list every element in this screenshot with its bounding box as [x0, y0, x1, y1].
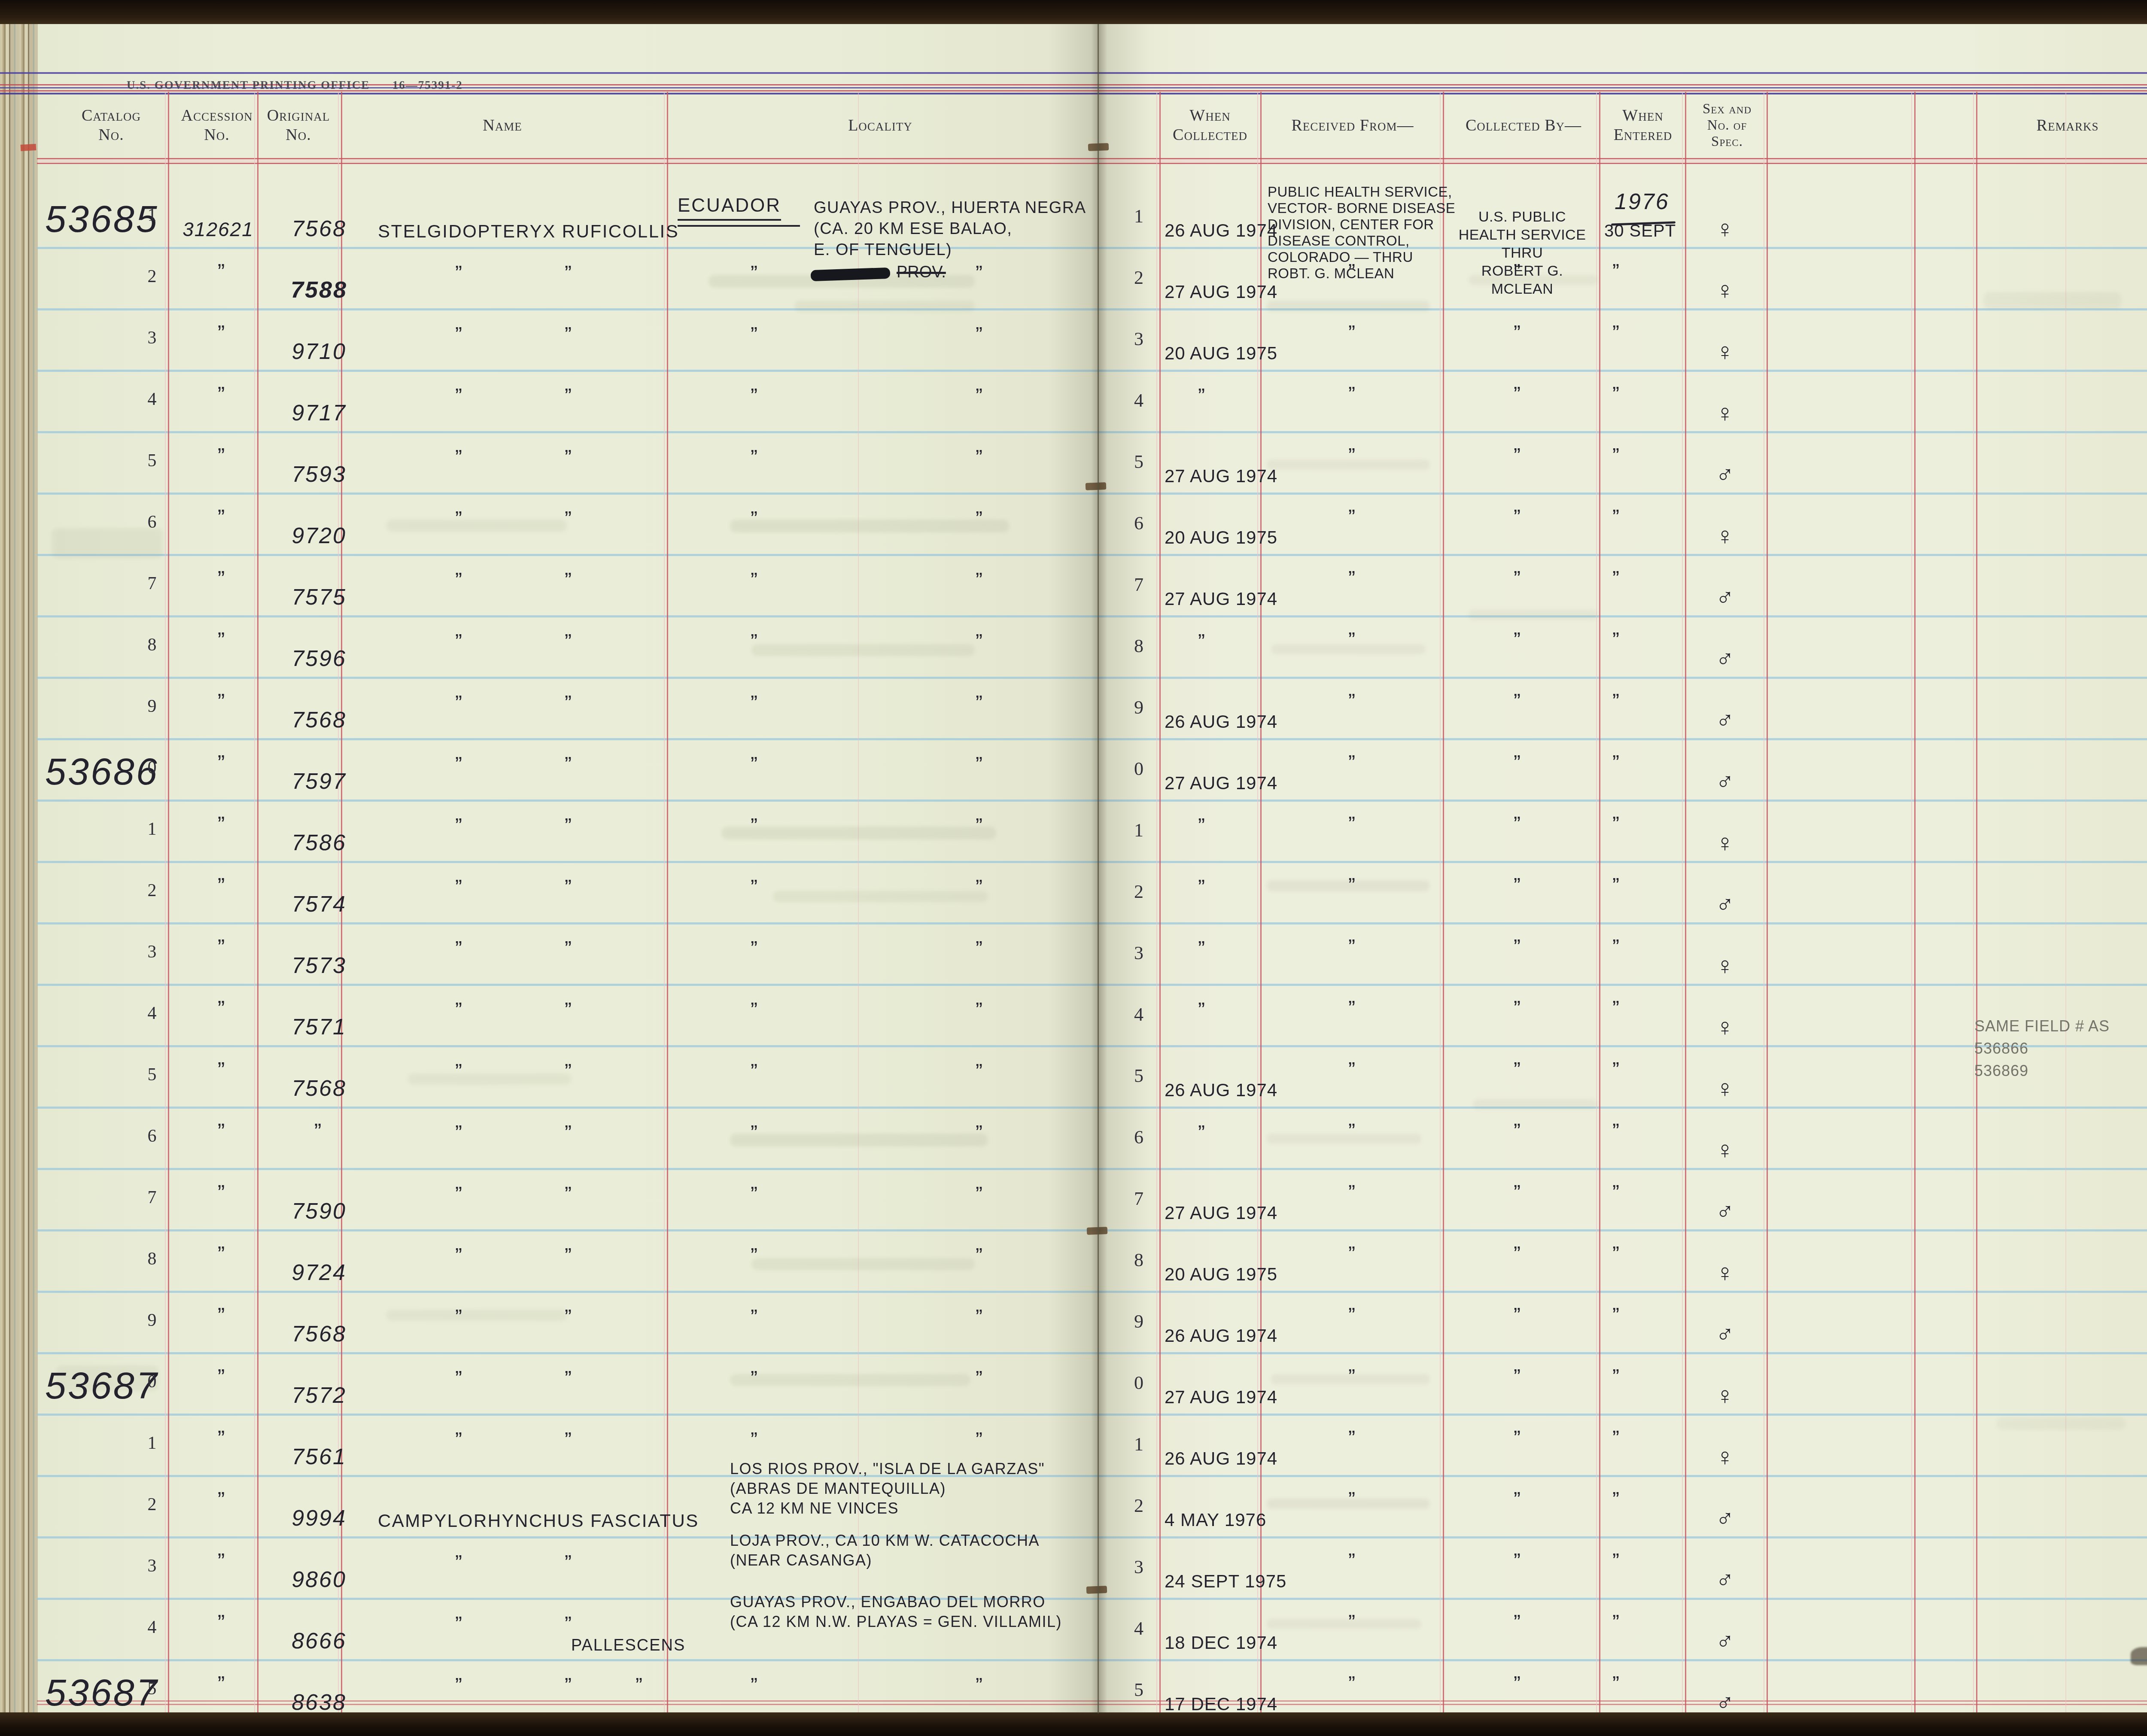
- name-ditto: ”: [565, 1244, 572, 1268]
- locality-ditto: ”: [976, 937, 982, 961]
- name-ditto: ”: [455, 937, 462, 961]
- name-ditto: ”: [455, 691, 462, 715]
- locality-ditto: ”: [976, 814, 982, 838]
- name-ditto: ”: [565, 1183, 572, 1206]
- original-number: 7568: [278, 1321, 360, 1347]
- catalog-row-digit: 5: [143, 1678, 161, 1699]
- entered-ditto: ”: [1612, 812, 1619, 836]
- sex-symbol: ♂: [1697, 1504, 1753, 1533]
- entered-ditto: ”: [1612, 690, 1619, 713]
- name-ditto: ”: [565, 998, 572, 1022]
- date-collected: 27 AUG 1974: [1165, 466, 1277, 486]
- received-ditto: ”: [1348, 321, 1355, 345]
- locality-ditto: ”: [751, 446, 757, 469]
- original-number: 7593: [278, 462, 360, 487]
- locality-country: ECUADOR: [678, 195, 781, 221]
- original-number: 7561: [278, 1444, 360, 1470]
- locality-ditto: ”: [976, 1244, 982, 1268]
- date-collected: 27 AUG 1974: [1165, 773, 1277, 794]
- name-ditto: ”: [565, 1060, 572, 1083]
- locality-line: CA 12 KM NE VINCES: [730, 1499, 1045, 1518]
- catalog-row-digit: 6: [143, 1126, 161, 1146]
- name-ditto: ”: [455, 1183, 462, 1206]
- name-ditto: ”: [565, 1551, 572, 1575]
- accession-ditto: ”: [206, 1487, 236, 1512]
- locality-country-underline2: [678, 225, 800, 227]
- name-ditto: ”: [565, 1674, 572, 1697]
- locality-ditto: ”: [751, 1428, 757, 1452]
- entered-year: 1976: [1615, 189, 1670, 219]
- name-ditto: ”: [455, 630, 462, 654]
- collected-ditto: ”: [1514, 1488, 1521, 1511]
- received-ditto: ”: [1348, 1058, 1355, 1082]
- catalog-number: 53686: [45, 750, 159, 794]
- name-ditto: ”: [565, 753, 572, 776]
- name-ditto: ”: [455, 1367, 462, 1390]
- name-ditto: ”: [565, 1367, 572, 1390]
- locality-ditto: ”: [976, 323, 982, 347]
- sex-symbol: ♂: [1697, 706, 1753, 735]
- catalog-row-digit: 9: [143, 696, 161, 717]
- entered-ditto: ”: [1612, 1488, 1619, 1511]
- sex-symbol: ♂: [1697, 583, 1753, 612]
- locality-ditto: ”: [976, 1428, 982, 1452]
- sex-symbol: ♀: [1697, 399, 1753, 428]
- received-ditto: ”: [1348, 874, 1355, 897]
- name-ditto: ”: [455, 753, 462, 776]
- date-collected: 20 AUG 1975: [1165, 343, 1277, 364]
- collected-ditto: ”: [1514, 383, 1521, 406]
- date-collected: 20 AUG 1975: [1165, 527, 1277, 548]
- sex-symbol: ♂: [1697, 1197, 1753, 1226]
- received-ditto: ”: [1348, 1488, 1355, 1511]
- sex-symbol: ♂: [1697, 645, 1753, 673]
- catalog-row-digit: 2: [143, 1494, 161, 1515]
- received-line: VECTOR- BORNE DISEASE: [1268, 200, 1455, 216]
- date-collected: 27 AUG 1974: [1165, 589, 1277, 609]
- original-number: 8666: [278, 1628, 360, 1654]
- date-collected: 26 AUG 1974: [1165, 711, 1277, 732]
- name-ditto: ”: [455, 1121, 462, 1145]
- name-ditto: ”: [455, 998, 462, 1022]
- catalog-row-digit: 4: [143, 1617, 161, 1638]
- entered-ditto: ”: [1612, 628, 1619, 652]
- collected-ditto: ”: [1514, 505, 1521, 529]
- locality-ditto: ”: [976, 1367, 982, 1390]
- locality-ditto: ”: [751, 1183, 757, 1206]
- locality-text: LOJA PROV., CA 10 KM W. CATACOCHA(NEAR C…: [730, 1531, 1040, 1570]
- name-ditto: ”: [455, 1244, 462, 1268]
- entered-ditto: ”: [1612, 935, 1619, 959]
- accession-ditto: ”: [206, 1426, 236, 1451]
- locality-ditto: ”: [751, 1121, 757, 1145]
- accession-ditto: ”: [206, 1180, 236, 1205]
- locality-line: (CA 12 KM N.W. PLAYAS = GEN. VILLAMIL): [730, 1612, 1062, 1632]
- accession-ditto: ”: [206, 996, 236, 1021]
- collected-ditto: ”: [1514, 628, 1521, 652]
- received-ditto: ”: [1348, 1181, 1355, 1204]
- name-ditto: ”: [636, 1674, 642, 1697]
- collected-ditto: ”: [1514, 1119, 1521, 1143]
- date-collected: 27 AUG 1974: [1165, 1387, 1277, 1408]
- catalog-number: 53687: [45, 1671, 159, 1715]
- received-ditto: ”: [1348, 1426, 1355, 1450]
- name-ditto: ”: [565, 1121, 572, 1145]
- collected-ditto: ”: [1514, 1304, 1521, 1327]
- name-ditto: ”: [455, 1428, 462, 1452]
- entered-ditto: ”: [1612, 444, 1619, 468]
- date-collected: 26 AUG 1974: [1165, 1326, 1277, 1346]
- collected-ditto: ”: [1514, 1611, 1521, 1634]
- locality-ditto: ”: [976, 1121, 982, 1145]
- locality-ditto: ”: [976, 1305, 982, 1329]
- entered-ditto: ”: [1612, 260, 1619, 283]
- sex-symbol: ♀: [1697, 952, 1753, 980]
- catalog-row-digit: 7: [143, 1187, 161, 1208]
- locality-ditto: ”: [751, 753, 757, 776]
- original-number: 9710: [278, 339, 360, 365]
- entered-ditto: ”: [1612, 1426, 1619, 1450]
- original-number: 7568: [278, 216, 360, 242]
- locality-ditto: ”: [751, 1674, 757, 1697]
- name-ditto: ”: [455, 507, 462, 531]
- sex-symbol: ♂: [1697, 1566, 1753, 1594]
- sex-symbol: ♂: [1697, 460, 1753, 489]
- catalog-row-digit: 7: [143, 573, 161, 594]
- received-ditto: ”: [1348, 751, 1355, 775]
- date-collected: 4 MAY 1976: [1165, 1510, 1266, 1530]
- name-ditto: ”: [455, 446, 462, 469]
- catalog-row-digit: 4: [143, 1003, 161, 1024]
- received-ditto: ”: [1348, 1611, 1355, 1634]
- sex-symbol: ♀: [1697, 522, 1753, 550]
- name-ditto: ”: [455, 814, 462, 838]
- date-ditto: ”: [1198, 937, 1205, 961]
- species-name: CAMPYLORHYNCHUS FASCIATUS: [378, 1511, 699, 1531]
- collected-ditto: ”: [1514, 321, 1521, 345]
- original-number: 9860: [278, 1567, 360, 1593]
- entered-ditto: ”: [1612, 567, 1619, 590]
- locality-ditto: ”: [976, 1060, 982, 1083]
- accession-ditto: ”: [206, 873, 236, 898]
- entered-ditto: ”: [1612, 874, 1619, 897]
- sex-symbol: ♂: [1697, 1320, 1753, 1349]
- received-ditto: ”: [1348, 567, 1355, 590]
- locality-ditto: ”: [751, 814, 757, 838]
- received-ditto: ”: [1348, 1365, 1355, 1389]
- name-ditto: ”: [565, 1305, 572, 1329]
- name-ditto: ”: [455, 876, 462, 899]
- locality-ditto: ”: [976, 1674, 982, 1697]
- catalog-row-digit: 3: [143, 328, 161, 348]
- locality-ditto: ”: [976, 384, 982, 408]
- original-number: 7597: [278, 769, 360, 794]
- collected-ditto: ”: [1514, 935, 1521, 959]
- collected-ditto: ”: [1514, 260, 1521, 283]
- locality-ditto: ”: [751, 630, 757, 654]
- name-ditto: ”: [455, 1612, 462, 1636]
- name-ditto: ”: [455, 384, 462, 408]
- locality-ditto: ”: [751, 691, 757, 715]
- accession-ditto: ”: [206, 1549, 236, 1574]
- date-collected: 27 AUG 1974: [1165, 1203, 1277, 1223]
- collected-line: U.S. PUBLIC: [1451, 208, 1593, 226]
- name-ditto: ”: [565, 569, 572, 592]
- collected-ditto: ”: [1514, 444, 1521, 468]
- accession-ditto: ”: [206, 382, 236, 407]
- collected-ditto: ”: [1514, 690, 1521, 713]
- name-ditto: ”: [455, 323, 462, 347]
- locality-text: GUAYAS PROV., ENGABAO DEL MORRO(CA 12 KM…: [730, 1592, 1062, 1632]
- species-name: STELGIDOPTERYX RUFICOLLIS: [378, 221, 679, 242]
- name-ditto: ”: [455, 1551, 462, 1575]
- name-ditto: ”: [455, 1305, 462, 1329]
- collected-ditto: ”: [1514, 1365, 1521, 1389]
- catalog-row-digit: 9: [143, 1310, 161, 1331]
- date-collected: 27 AUG 1974: [1165, 282, 1277, 302]
- accession-ditto: ”: [206, 1242, 236, 1267]
- received-ditto: ”: [1348, 1119, 1355, 1143]
- name-ditto: ”: [455, 569, 462, 592]
- catalog-number: 53685: [45, 197, 159, 241]
- sex-symbol: ♀: [1697, 337, 1753, 366]
- sex-symbol: ♀: [1697, 1074, 1753, 1103]
- accession-ditto: ”: [206, 1365, 236, 1389]
- date-ditto: ”: [1198, 630, 1205, 654]
- accession-ditto: ”: [206, 935, 236, 960]
- catalog-row-digit: 2: [143, 880, 161, 901]
- catalog-row-digit: 4: [143, 389, 161, 410]
- received-line: PUBLIC HEALTH SERVICE,: [1268, 184, 1455, 200]
- name-ditto: ”: [565, 876, 572, 899]
- received-ditto: ”: [1348, 505, 1355, 529]
- date-ditto: ”: [1198, 1121, 1205, 1145]
- locality-scribble: [811, 268, 891, 281]
- original-number: 7573: [278, 953, 360, 979]
- name-ditto: ”: [565, 323, 572, 347]
- received-ditto: ”: [1348, 812, 1355, 836]
- locality-ditto: ”: [751, 507, 757, 531]
- original-number: 7568: [278, 707, 360, 733]
- remark-line: 536869: [1974, 1060, 2110, 1082]
- date-collected: 20 AUG 1975: [1165, 1264, 1277, 1285]
- original-number: 9717: [278, 400, 360, 426]
- entered-ditto: ”: [1612, 751, 1619, 775]
- locality-line: GUAYAS PROV., HUERTA NEGRA: [814, 198, 1086, 219]
- locality-ditto: ”: [976, 691, 982, 715]
- collected-ditto: ”: [1514, 751, 1521, 775]
- received-ditto: ”: [1348, 383, 1355, 406]
- accession-ditto: ”: [206, 1303, 236, 1328]
- collected-ditto: ”: [1514, 1058, 1521, 1082]
- sex-symbol: ♂: [1697, 767, 1753, 796]
- date-collected: 26 AUG 1974: [1165, 1080, 1277, 1101]
- locality-ditto: ”: [751, 384, 757, 408]
- received-line: DIVISION, CENTER FOR: [1268, 216, 1455, 233]
- collected-ditto: ”: [1514, 997, 1521, 1020]
- name-ditto: ”: [565, 814, 572, 838]
- locality-line: (ABRAS DE MANTEQUILLA): [730, 1479, 1045, 1499]
- locality-ditto: ”: [976, 1183, 982, 1206]
- catalog-row-digit: 1: [143, 819, 161, 839]
- catalog-row-digit: 2: [143, 266, 161, 287]
- fold-line: [1098, 24, 1099, 1713]
- accession-ditto: ”: [206, 444, 236, 468]
- received-ditto: ”: [1348, 1672, 1355, 1696]
- sex-symbol: ♀: [1697, 1136, 1753, 1164]
- received-ditto: ”: [1348, 444, 1355, 468]
- name-ditto: ”: [565, 691, 572, 715]
- name-ditto: ”: [565, 937, 572, 961]
- original-number: 7574: [278, 891, 360, 917]
- locality-ditto: ”: [751, 1244, 757, 1268]
- catalog-row-digit: 5: [143, 1064, 161, 1085]
- locality-ditto: ”: [751, 569, 757, 592]
- collected-ditto: ”: [1514, 1549, 1521, 1573]
- original-number: 7571: [278, 1014, 360, 1040]
- date-collected: 26 AUG 1974: [1165, 220, 1277, 241]
- name-ditto: ”: [565, 1428, 572, 1452]
- entered-ditto: ”: [1612, 1304, 1619, 1327]
- locality-line: (CA. 20 KM ESE BALAO,: [814, 219, 1086, 240]
- collected-ditto: ”: [1514, 812, 1521, 836]
- remark-note: SAME FIELD # AS536866536869: [1974, 1015, 2110, 1082]
- locality-ditto: ”: [751, 876, 757, 899]
- accession-ditto: ”: [206, 566, 236, 591]
- catalog-row-digit: 0: [143, 1371, 161, 1392]
- date-collected: 26 AUG 1974: [1165, 1448, 1277, 1469]
- locality-ditto: ”: [751, 1060, 757, 1083]
- locality-ditto: ”: [751, 261, 757, 285]
- catalog-row-digit: 3: [143, 942, 161, 962]
- locality-ditto: ”: [976, 753, 982, 776]
- received-ditto: ”: [1348, 935, 1355, 959]
- entered-ditto: ”: [1612, 1119, 1619, 1143]
- catalog-row-digit: 1: [143, 1433, 161, 1453]
- accession-ditto: ”: [206, 812, 236, 837]
- catalog-row-digit: 5: [143, 450, 161, 471]
- locality-line: (NEAR CASANGA): [730, 1551, 1040, 1570]
- accession-ditto: ”: [206, 259, 236, 284]
- original-number: 9994: [278, 1505, 360, 1531]
- date-ditto: ”: [1198, 384, 1205, 408]
- accession-ditto: ”: [206, 321, 236, 346]
- original-number: 7590: [278, 1198, 360, 1224]
- locality-ditto: ”: [751, 1305, 757, 1329]
- collected-ditto: ”: [1514, 1426, 1521, 1450]
- locality-ditto: ”: [976, 446, 982, 469]
- name-ditto: ”: [455, 261, 462, 285]
- received-ditto: ”: [1348, 260, 1355, 283]
- original-number: 7572: [278, 1383, 360, 1408]
- ledger-spread-scan: CatalogNo.AccessionNo.OriginalNo.NameLoc…: [0, 0, 2147, 1736]
- name-ditto: ”: [565, 507, 572, 531]
- entered-ditto: ”: [1612, 1611, 1619, 1634]
- sex-symbol: ♀: [1697, 1259, 1753, 1287]
- collected-line: HEALTH SERVICE: [1451, 226, 1593, 244]
- original-number: 7586: [278, 830, 360, 856]
- catalog-row-digit: 8: [143, 1249, 161, 1269]
- collected-ditto: ”: [1514, 1242, 1521, 1266]
- locality-ditto: ”: [976, 630, 982, 654]
- sex-symbol: ♀: [1697, 1013, 1753, 1042]
- name-ditto: ”: [455, 1674, 462, 1697]
- original-number: 7596: [278, 646, 360, 672]
- locality-line: GUAYAS PROV., ENGABAO DEL MORRO: [730, 1592, 1062, 1612]
- sex-symbol: ♀: [1697, 1381, 1753, 1410]
- received-ditto: ”: [1348, 1242, 1355, 1266]
- entered-ditto: ”: [1612, 1672, 1619, 1696]
- binding-fold: [1048, 24, 1151, 1713]
- received-ditto: ”: [1348, 1304, 1355, 1327]
- sex-symbol: ♂: [1697, 1627, 1753, 1656]
- accession-ditto: ”: [206, 751, 236, 775]
- accession-ditto: ”: [206, 1058, 236, 1082]
- locality-ditto: ”: [976, 876, 982, 899]
- received-ditto: ”: [1348, 690, 1355, 713]
- collected-ditto: ”: [1514, 874, 1521, 897]
- received-ditto: ”: [1348, 628, 1355, 652]
- remark-line: SAME FIELD # AS: [1974, 1015, 2110, 1037]
- printer-imprint: U.S. GOVERNMENT PRINTING OFFICE 16—75391…: [127, 79, 463, 92]
- entered-ditto: ”: [1612, 1058, 1619, 1082]
- accession-number: 312621: [175, 218, 261, 241]
- entered-ditto: ”: [1612, 505, 1619, 529]
- locality-struck-text: PROV.: [897, 263, 946, 282]
- date-ditto: ”: [1198, 814, 1205, 838]
- entered-ditto: ”: [1612, 1181, 1619, 1204]
- entered-ditto: ”: [1612, 321, 1619, 345]
- locality-ditto: ”: [751, 1367, 757, 1390]
- date-collected: 17 DEC 1974: [1165, 1694, 1277, 1715]
- entered-date: 30 SEPT: [1604, 222, 1676, 241]
- accession-ditto: ”: [206, 1610, 236, 1635]
- remark-line: 536866: [1974, 1037, 2110, 1060]
- accession-ditto: ”: [206, 628, 236, 653]
- original-number: 9724: [278, 1260, 360, 1286]
- collected-ditto: ”: [1514, 567, 1521, 590]
- collected-ditto: ”: [1514, 1672, 1521, 1696]
- sex-symbol: ♀: [1697, 276, 1753, 305]
- sex-symbol: ♂: [1697, 890, 1753, 919]
- original-number: 7575: [278, 584, 360, 610]
- original-number: 7568: [278, 1076, 360, 1101]
- locality-ditto: ”: [976, 507, 982, 531]
- locality-ditto: ”: [976, 261, 982, 285]
- accession-ditto: ”: [206, 1672, 236, 1696]
- name-ditto: ”: [565, 446, 572, 469]
- name-ditto: ”: [565, 261, 572, 285]
- catalog-number: 53687: [45, 1364, 159, 1408]
- catalog-row-digit: 3: [143, 1556, 161, 1576]
- name-ditto: ”: [455, 1060, 462, 1083]
- locality-ditto: ”: [976, 998, 982, 1022]
- accession-ditto: ”: [206, 1119, 236, 1144]
- original-ditto: ”: [303, 1119, 333, 1144]
- entered-ditto: ”: [1612, 997, 1619, 1020]
- date-ditto: ”: [1198, 876, 1205, 899]
- sex-symbol: ♀: [1697, 215, 1753, 243]
- locality-ditto: ”: [751, 937, 757, 961]
- locality-ditto: ”: [751, 323, 757, 347]
- locality-line: LOS RIOS PROV., "ISLA DE LA GARZAS": [730, 1459, 1045, 1479]
- locality-ditto: ”: [751, 998, 757, 1022]
- date-ditto: ”: [1198, 998, 1205, 1022]
- locality-ditto: ”: [976, 569, 982, 592]
- entered-ditto: ”: [1612, 383, 1619, 406]
- collected-ditto: ”: [1514, 1181, 1521, 1204]
- name-ditto: ”: [565, 630, 572, 654]
